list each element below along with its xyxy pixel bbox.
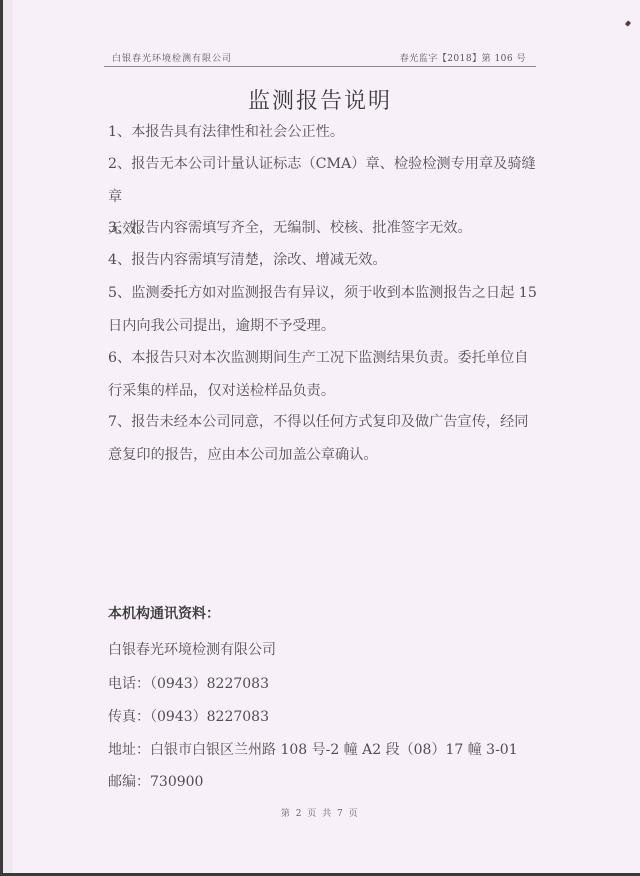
clause-line: 意复印的报告，应由本公司加盖公章确认。 (108, 439, 548, 472)
clause-line: 日内向我公司提出，逾期不予受理。 (108, 310, 548, 343)
contact-fax: 传真：（0943）8227083 (108, 706, 269, 726)
clause-line: 5、监测委托方如对监测报告有异议，须于收到本监测报告之日起 15 (108, 277, 548, 310)
clause-3: 3、报告内容需填写齐全，无编制、校核、批准签字无效。 (108, 212, 548, 245)
contact-address: 地址：白银市白银区兰州路 108 号-2 幢 A2 段（08）17 幢 3-01 (108, 739, 518, 759)
clause-line: 4、报告内容需填写清楚，涂改、增减无效。 (108, 244, 548, 277)
clause-line: 6、本报告只对本次监测期间生产工况下监测结果负责。委托单位自 (108, 342, 548, 375)
clause-line: 1、本报告具有法律性和社会公正性。 (108, 116, 548, 149)
header-company: 白银春光环境检测有限公司 (112, 51, 232, 64)
contact-postcode: 邮编：730900 (108, 771, 203, 791)
clause-7: 7、报告未经本公司同意，不得以任何方式复印及做广告宣传，经同 意复印的报告，应由… (108, 406, 548, 471)
clause-line: 3、报告内容需填写齐全，无编制、校核、批准签字无效。 (108, 212, 548, 245)
contact-company: 白银春光环境检测有限公司 (108, 639, 276, 659)
page-indicator: 第 2 页 共 7 页 (0, 806, 640, 819)
clause-4: 4、报告内容需填写清楚，涂改、增减无效。 (108, 244, 548, 277)
clause-line: 行采集的样品，仅对送检样品负责。 (108, 375, 548, 408)
page-title: 监测报告说明 (0, 84, 640, 115)
clause-6: 6、本报告只对本次监测期间生产工况下监测结果负责。委托单位自 行采集的样品，仅对… (108, 342, 548, 407)
clause-line: 2、报告无本公司计量认证标志（CMA）章、检验检测专用章及骑缝章 (108, 148, 548, 213)
scan-edge-shade (3, 0, 13, 873)
page-header: 白银春光环境检测有限公司 春光监字【2018】第 106 号 (104, 48, 536, 67)
clause-1: 1、本报告具有法律性和社会公正性。 (108, 116, 548, 149)
header-report-number: 春光监字【2018】第 106 号 (400, 51, 526, 64)
contact-heading: 本机构通讯资料： (108, 603, 220, 623)
clause-5: 5、监测委托方如对监测报告有异议，须于收到本监测报告之日起 15 日内向我公司提… (108, 277, 548, 342)
clause-line: 7、报告未经本公司同意，不得以任何方式复印及做广告宣传，经同 (108, 406, 548, 439)
contact-phone: 电话：（0943）8227083 (108, 673, 269, 693)
